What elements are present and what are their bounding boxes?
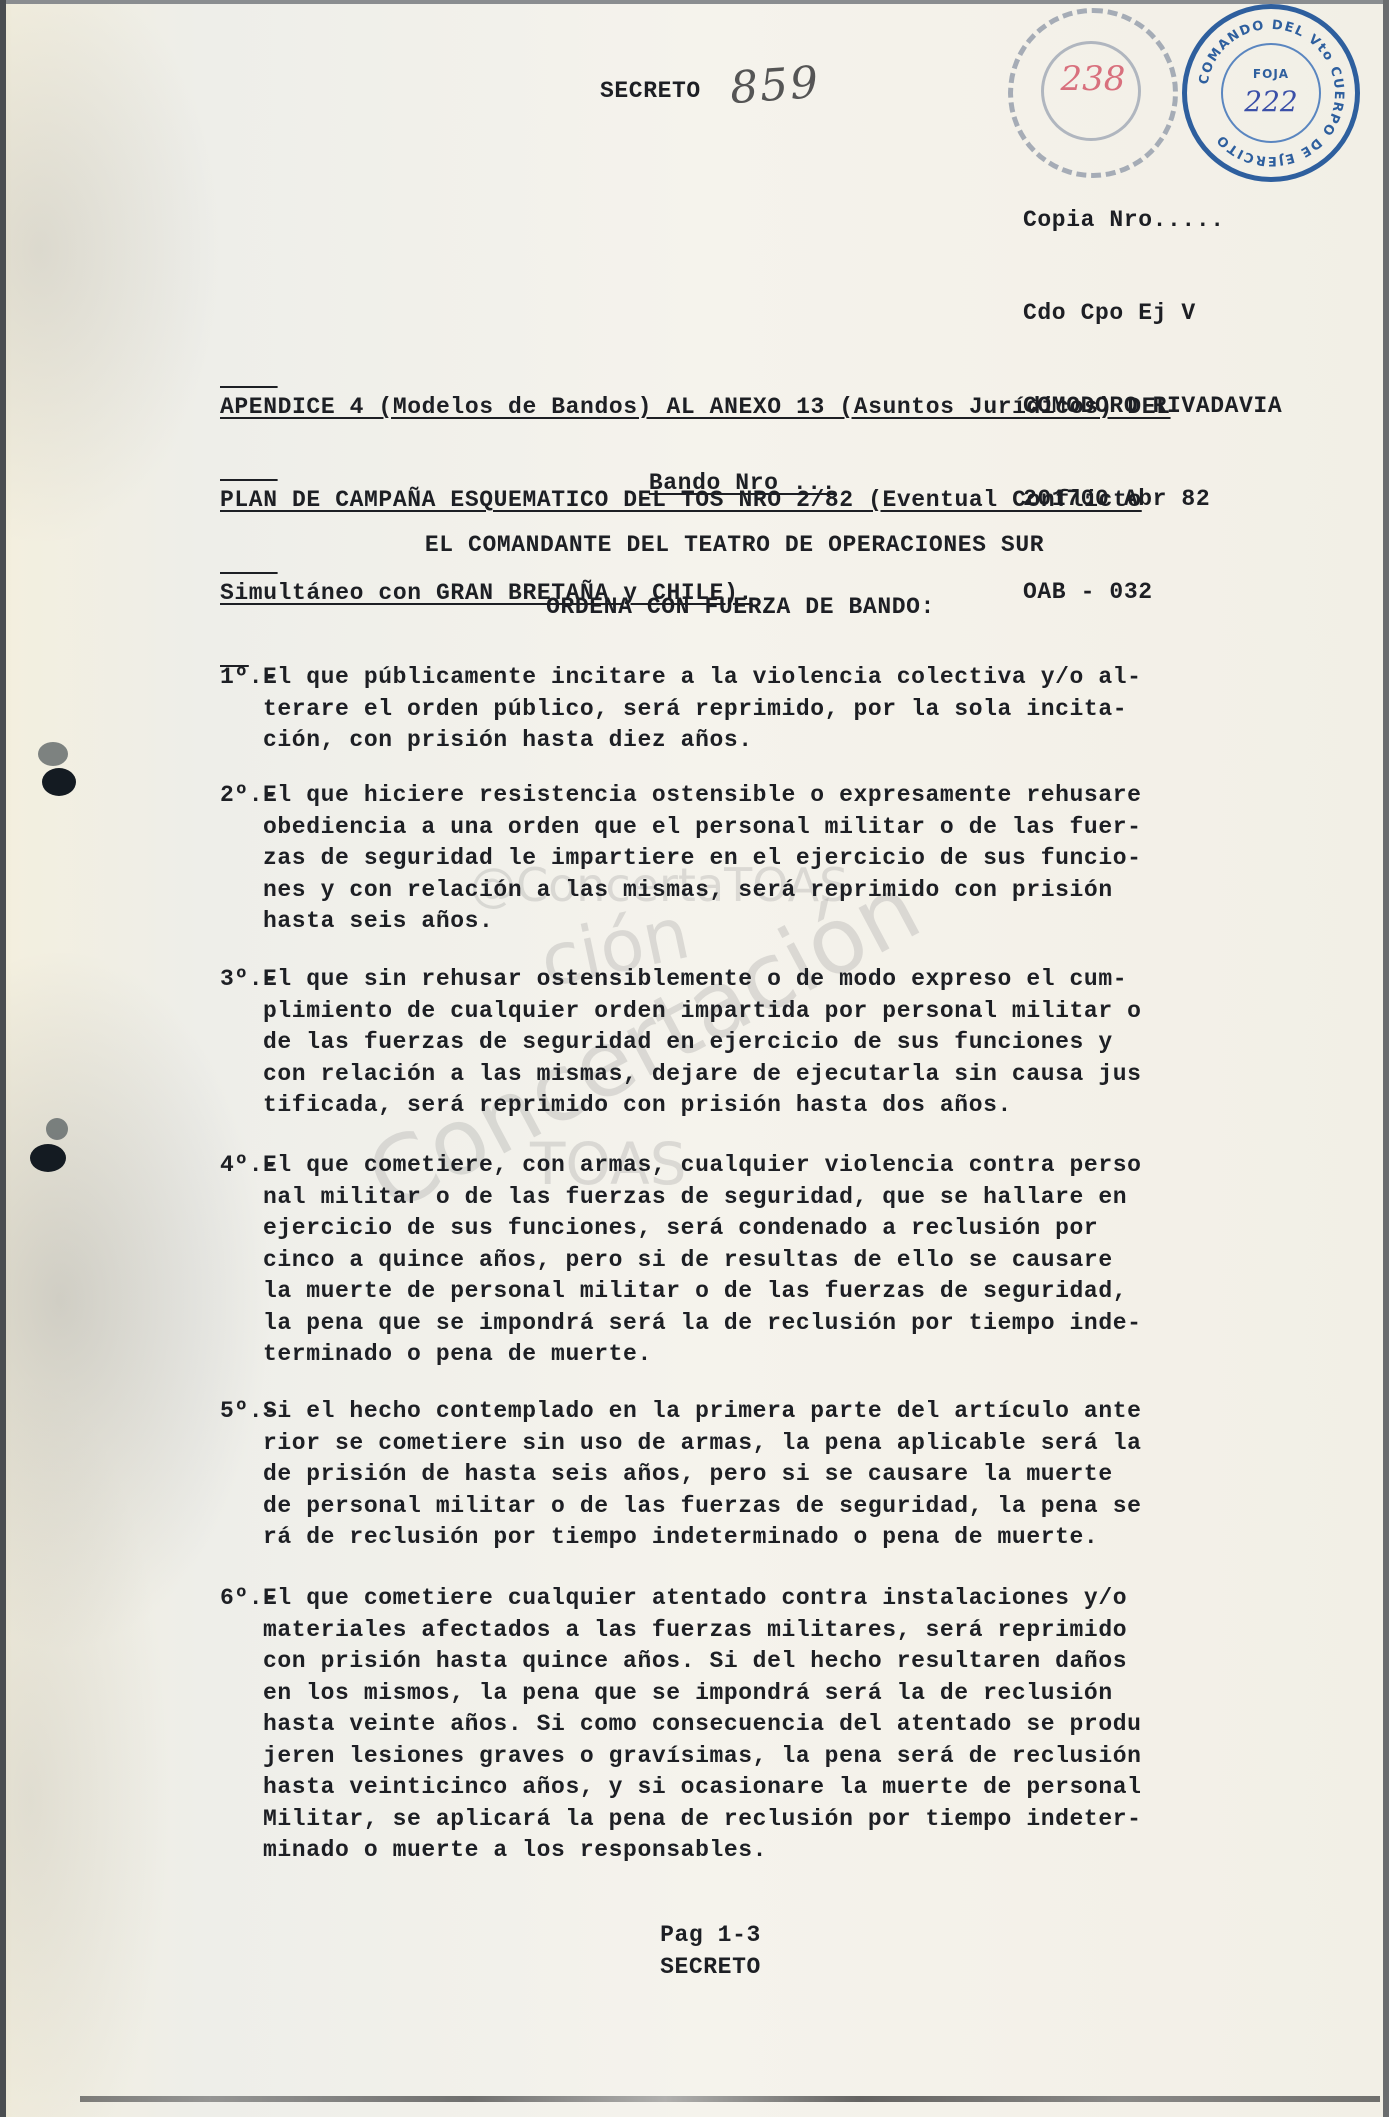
punch-hole-icon [42, 768, 76, 796]
article-line: con prisión hasta quince años. Si del he… [263, 1646, 1310, 1678]
article-line: nes y con relación a las mismas, será re… [263, 875, 1310, 907]
article-line: minado o muerte a los responsables. [263, 1835, 1310, 1867]
article-line: ción, con prisión hasta diez años. [263, 725, 1310, 757]
commander-line: EL COMANDANTE DEL TEATRO DE OPERACIONES … [0, 532, 1389, 558]
article-number: 1º.- [220, 662, 278, 694]
article-line: rior se cometiere sin uso de armas, la p… [263, 1428, 1310, 1460]
article-line: El que sin rehusar ostensiblemente o de … [263, 964, 1310, 996]
article-line: terminado o pena de muerte. [263, 1339, 1310, 1371]
article-line: rá de reclusión por tiempo indeterminado… [263, 1522, 1310, 1554]
article-line: zas de seguridad le impartiere en el eje… [263, 843, 1310, 875]
article-line: de personal militar o de las fuerzas de … [263, 1491, 1310, 1523]
article-line: nal militar o de las fuerzas de segurida… [263, 1182, 1310, 1214]
classification-bottom: SECRETO [16, 1954, 1389, 1980]
issuing-unit: Cdo Cpo Ej V [1023, 298, 1282, 329]
article-line: El que públicamente incitare a la violen… [263, 662, 1310, 694]
article-body: El que hiciere resistencia ostensible o … [263, 780, 1310, 938]
article-item: 1º.-El que públicamente incitare a la vi… [220, 662, 1310, 757]
article-number: 5º.- [220, 1396, 278, 1428]
archive-stamp-number: 238 [1013, 59, 1173, 99]
article-line: Si el hecho contemplado en la primera pa… [263, 1396, 1310, 1428]
article-body: El que sin rehusar ostensiblemente o de … [263, 964, 1310, 1122]
article-body: El que cometiere, con armas, cualquier v… [263, 1150, 1310, 1371]
article-line: en los mismos, la pena que se impondrá s… [263, 1678, 1310, 1710]
title-line: APENDICE 4 (Modelos de Bandos) AL ANEXO … [220, 392, 1171, 423]
article-line: jeren lesiones graves o gravísimas, la p… [263, 1741, 1310, 1773]
scanned-page: @ConcertaTOAS ción Concertación TOAS SEC… [0, 0, 1389, 2117]
article-body: El que cometiere cualquier atentado cont… [263, 1583, 1310, 1867]
punch-hole-icon [30, 1144, 66, 1172]
article-line: materiales afectados a las fuerzas milit… [263, 1615, 1310, 1647]
article-number: 4º.- [220, 1150, 278, 1182]
page-number: Pag 1-3 [16, 1922, 1389, 1948]
article-line: cinco a quince años, pero si de resultas… [263, 1245, 1310, 1277]
article-item: 5º.-Si el hecho contemplado en la primer… [220, 1396, 1310, 1554]
command-stamp-number: 222 [1187, 85, 1355, 118]
article-line: la pena que se impondrá será la de reclu… [263, 1308, 1310, 1340]
article-body: Si el hecho contemplado en la primera pa… [263, 1396, 1310, 1554]
command-stamp-label: FOJA [1187, 67, 1355, 81]
article-number: 6º.- [220, 1583, 278, 1615]
scan-edge-left [0, 0, 6, 2117]
article-line: El que hiciere resistencia ostensible o … [263, 780, 1310, 812]
article-item: 3º.-El que sin rehusar ostensiblemente o… [220, 964, 1310, 1122]
article-line: tificada, será reprimido con prisión has… [263, 1090, 1310, 1122]
article-item: 2º.-El que hiciere resistencia ostensibl… [220, 780, 1310, 938]
article-line: hasta seis años. [263, 906, 1310, 938]
article-line: Militar, se aplicará la pena de reclusió… [263, 1804, 1310, 1836]
article-line: El que cometiere cualquier atentado cont… [263, 1583, 1310, 1615]
article-line: plimiento de cualquier orden impartida p… [263, 996, 1310, 1028]
article-item: 6º.-El que cometiere cualquier atentado … [220, 1583, 1310, 1867]
handwritten-annotation: 859 [728, 57, 821, 114]
scan-edge-bottom [80, 2096, 1380, 2102]
classification-top: SECRETO [600, 78, 701, 104]
scan-edge-top [0, 0, 1389, 4]
article-line: terare el orden público, será reprimido,… [263, 694, 1310, 726]
bando-title: Bando Nro ... [0, 470, 1389, 496]
article-item: 4º.-El que cometiere, con armas, cualqui… [220, 1150, 1310, 1371]
article-line: la muerte de personal militar o de las f… [263, 1276, 1310, 1308]
article-line: de las fuerzas de seguridad en ejercicio… [263, 1027, 1310, 1059]
article-line: de prisión de hasta seis años, pero si s… [263, 1459, 1310, 1491]
article-body: El que públicamente incitare a la violen… [263, 662, 1310, 757]
article-line: hasta veinticinco años, y si ocasionare … [263, 1772, 1310, 1804]
article-number: 2º.- [220, 780, 278, 812]
punch-hole-icon [38, 742, 68, 766]
article-line: El que cometiere, con armas, cualquier v… [263, 1150, 1310, 1182]
article-line: obediencia a una orden que el personal m… [263, 812, 1310, 844]
punch-hole-icon [46, 1118, 68, 1140]
orders-heading: ORDENA CON FUERZA DE BANDO: [0, 594, 1389, 620]
article-line: ejercicio de sus funciones, será condena… [263, 1213, 1310, 1245]
article-line: con relación a las mismas, dejare de eje… [263, 1059, 1310, 1091]
scan-edge-right [1383, 0, 1389, 2117]
article-line: hasta veinte años. Si como consecuencia … [263, 1709, 1310, 1741]
copy-number: Copia Nro..... [1023, 205, 1282, 236]
article-number: 3º.- [220, 964, 278, 996]
